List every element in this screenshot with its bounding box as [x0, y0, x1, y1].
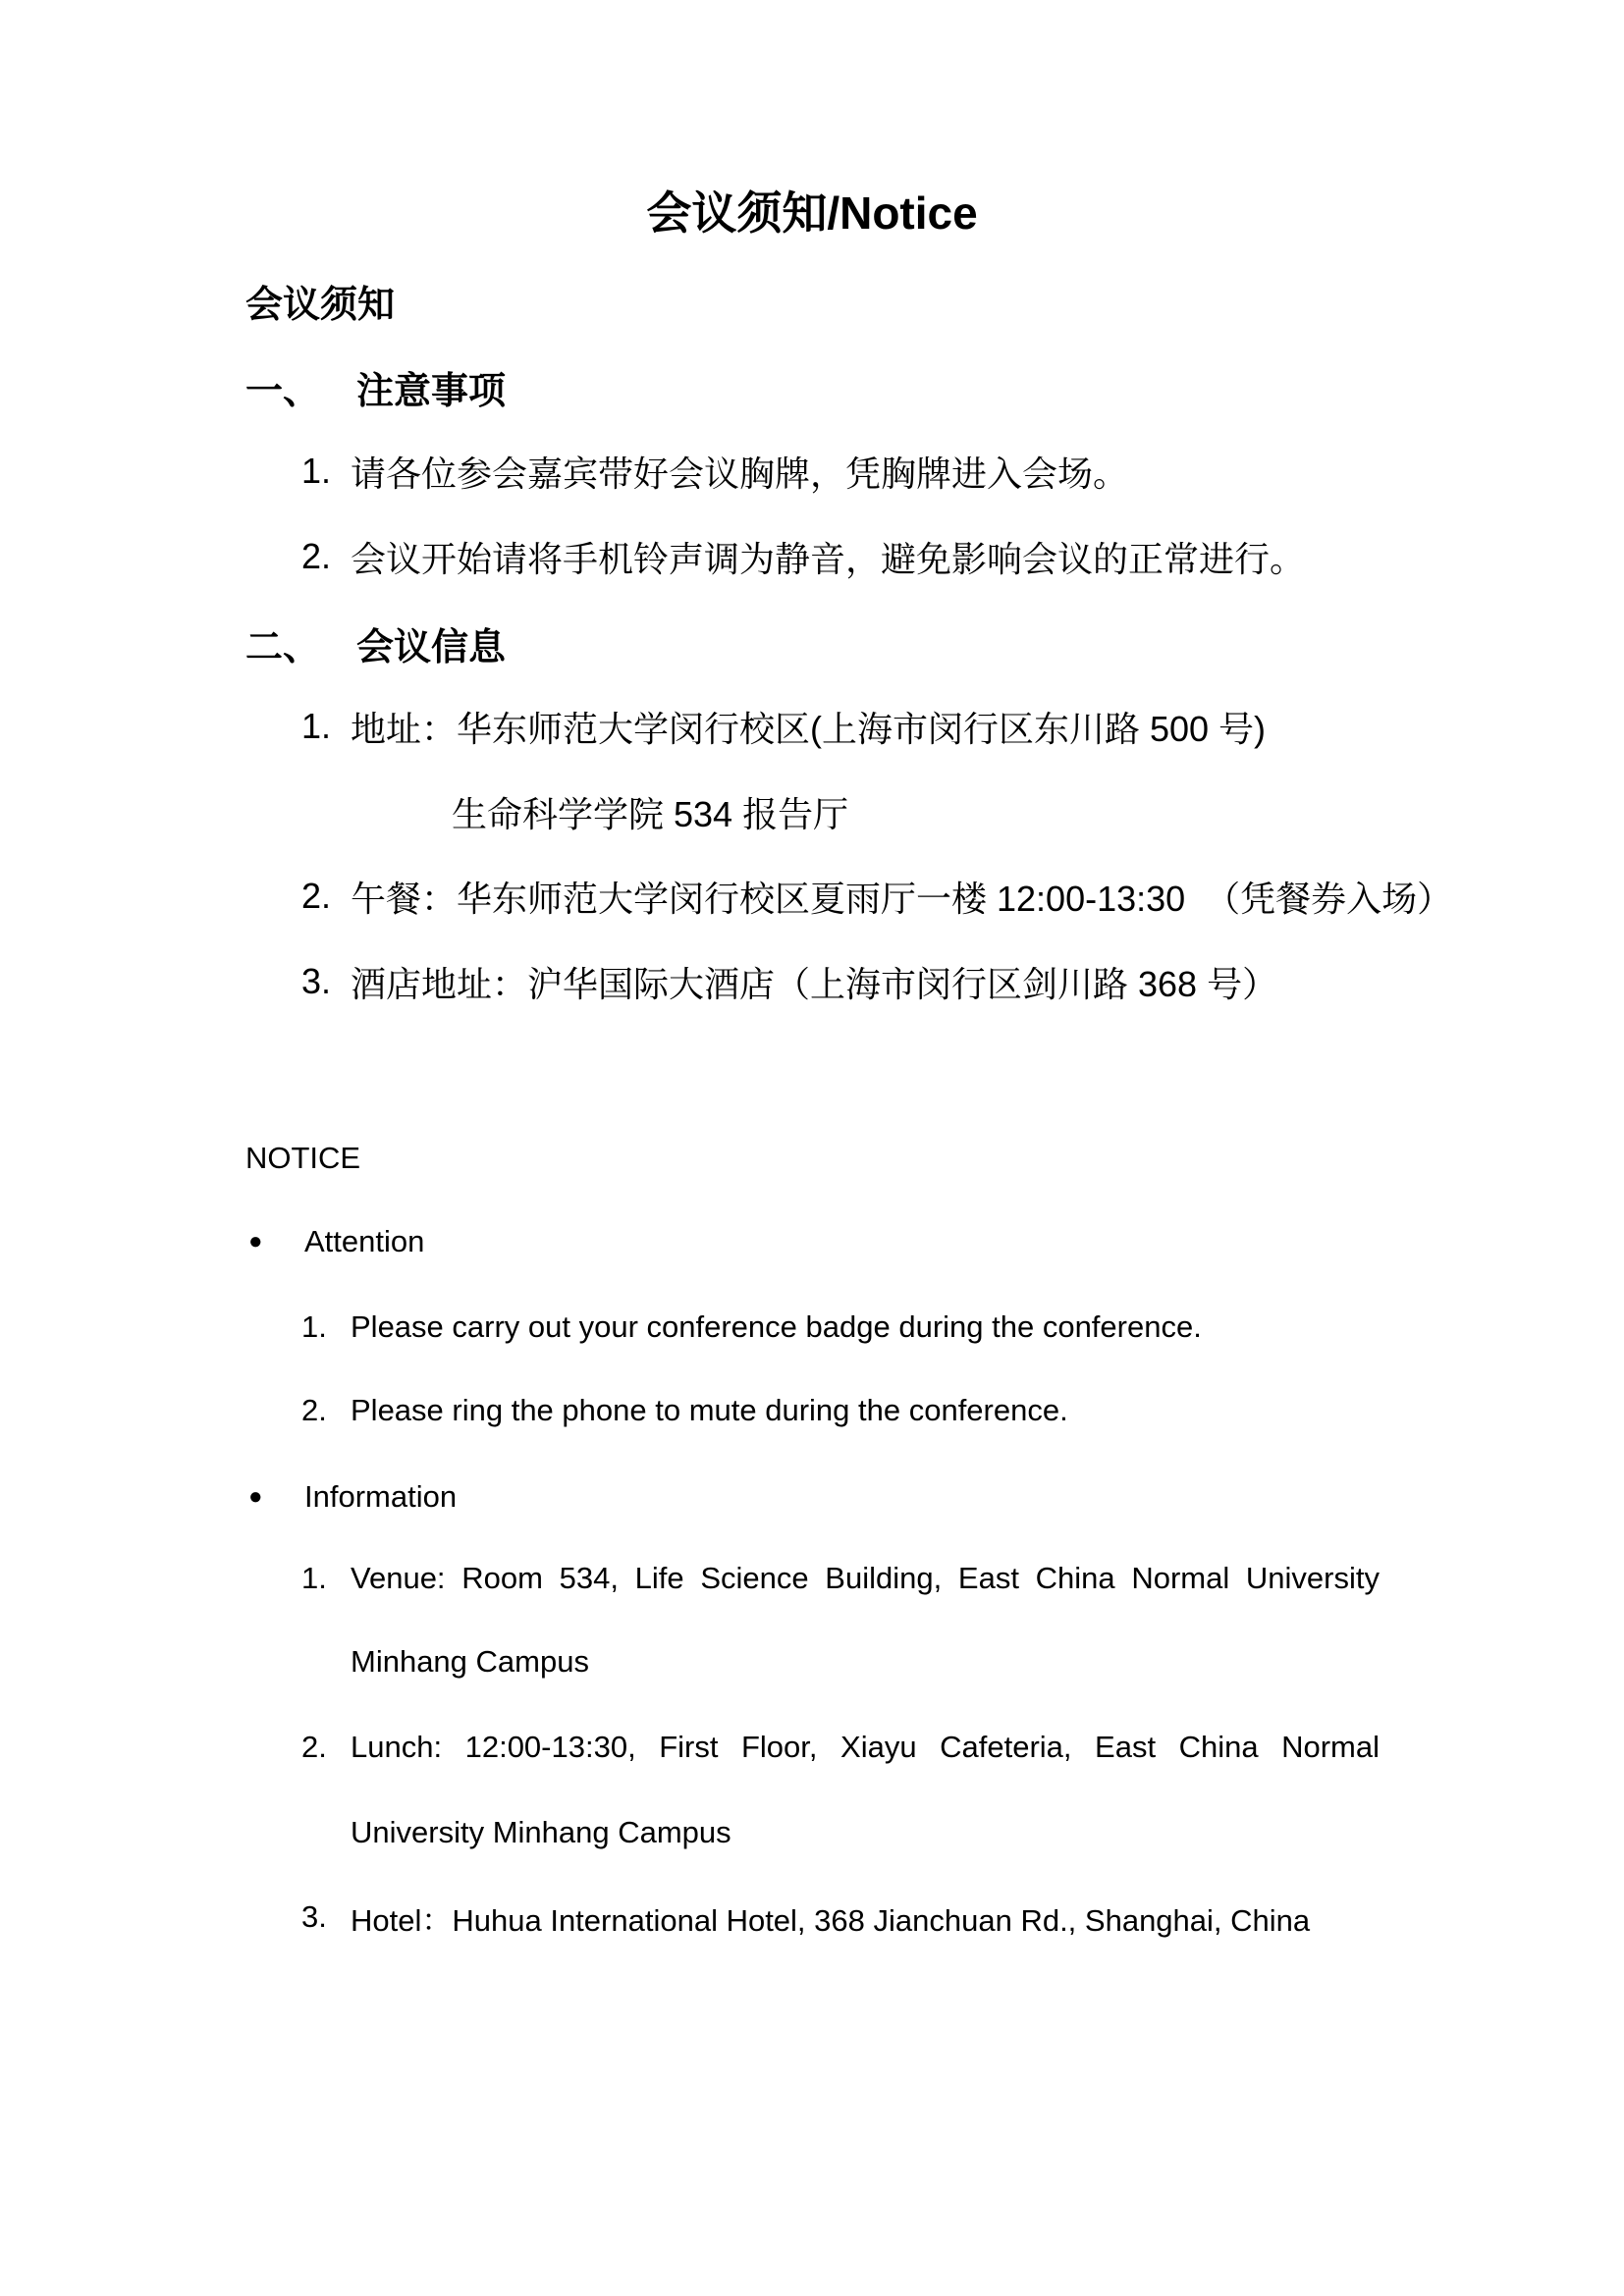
en-info-item-3-text: Hotel：Huhua International Hotel, 368 Jia…: [351, 1896, 1310, 1940]
cn-info-title: 会议信息: [356, 616, 506, 670]
cn-attention-heading: 一、 注意事项: [245, 359, 506, 414]
cn-info-item-1-number: 1.: [301, 706, 351, 747]
cn-info-marker: 二、: [245, 616, 356, 670]
en-info-item-1-line1: Venue: Room 534, Life Science Building, …: [351, 1561, 1380, 1596]
cn-attention-item-2-number: 2.: [301, 536, 351, 577]
en-attention-item-1-number: 1.: [301, 1309, 351, 1345]
en-info-item-2-number: 2.: [301, 1730, 351, 1765]
page-title-text: 会议须知/Notice: [646, 178, 977, 242]
en-attention-item-2-number: 2.: [301, 1393, 351, 1428]
en-info-heading: ● Information: [248, 1469, 457, 1524]
cn-attention-title: 注意事项: [356, 360, 506, 414]
cn-info-item-3-text: 酒店地址：沪华国际大酒店（上海市闵行区剑川路 368 号）: [351, 957, 1277, 1007]
en-info-title: Information: [304, 1479, 457, 1515]
bullet-icon: ●: [248, 1485, 304, 1509]
cn-attention-marker: 一、: [245, 360, 356, 414]
cn-info-item-1-line1: 地址：华东师范大学闵行校区(上海市闵行区东川路 500 号): [351, 702, 1266, 752]
en-attention-item-1: 1. Please carry out your conference badg…: [301, 1300, 1202, 1355]
cn-info-item-3-number: 3.: [301, 961, 351, 1002]
en-attention-item-1-text: Please carry out your conference badge d…: [351, 1309, 1202, 1345]
page-title: 会议须知/Notice: [0, 183, 1624, 238]
en-info-item-1-line2: Minhang Campus: [351, 1644, 589, 1680]
en-info-item-2-line1: Lunch: 12:00-13:30, First Floor, Xiayu C…: [351, 1730, 1380, 1765]
en-info-item-1-number: 1.: [301, 1561, 351, 1596]
cn-attention-item-1: 1. 请各位参会嘉宾带好会议胸牌，凭胸牌进入会场。: [301, 444, 1128, 499]
en-attention-item-2-text: Please ring the phone to mute during the…: [351, 1393, 1068, 1428]
cn-heading: 会议须知: [245, 273, 395, 328]
cn-info-item-2: 2. 午餐：华东师范大学闵行校区夏雨厅一楼 12:00-13:30 （凭餐券入场…: [301, 869, 1452, 924]
en-attention-title: Attention: [304, 1224, 424, 1259]
en-attention-item-2: 2. Please ring the phone to mute during …: [301, 1383, 1068, 1438]
cn-info-item-2-text: 午餐：华东师范大学闵行校区夏雨厅一楼 12:00-13:30 （凭餐券入场）: [351, 872, 1452, 922]
cn-attention-item-1-number: 1.: [301, 451, 351, 492]
cn-attention-item-2: 2. 会议开始请将手机铃声调为静音，避免影响会议的正常进行。: [301, 529, 1305, 584]
cn-attention-item-1-text: 请各位参会嘉宾带好会议胸牌，凭胸牌进入会场。: [351, 447, 1128, 497]
en-info-item-1: 1. Venue: Room 534, Life Science Buildin…: [301, 1551, 1380, 1606]
en-info-item-3-number: 3.: [301, 1899, 351, 1935]
en-info-item-2-continuation: University Minhang Campus: [351, 1805, 731, 1860]
en-heading: NOTICE: [245, 1131, 360, 1186]
en-info-item-2-line2: University Minhang Campus: [351, 1815, 731, 1850]
en-info-item-3: 3. Hotel：Huhua International Hotel, 368 …: [301, 1890, 1310, 1945]
cn-heading-text: 会议须知: [245, 274, 395, 328]
en-attention-heading: ● Attention: [248, 1214, 424, 1269]
en-heading-text: NOTICE: [245, 1141, 360, 1176]
cn-info-item-1-continuation: 生命科学学院 534 报告厅: [452, 784, 848, 839]
cn-info-item-1: 1. 地址：华东师范大学闵行校区(上海市闵行区东川路 500 号): [301, 699, 1266, 754]
cn-info-heading: 二、 会议信息: [245, 615, 506, 670]
cn-info-item-3: 3. 酒店地址：沪华国际大酒店（上海市闵行区剑川路 368 号）: [301, 954, 1277, 1009]
bullet-icon: ●: [248, 1230, 304, 1254]
en-info-item-1-continuation: Minhang Campus: [351, 1634, 589, 1689]
cn-info-item-1-line2: 生命科学学院 534 报告厅: [452, 787, 848, 837]
cn-info-item-2-number: 2.: [301, 876, 351, 917]
document-page: 会议须知/Notice 会议须知 一、 注意事项 1. 请各位参会嘉宾带好会议胸…: [0, 0, 1624, 2296]
en-info-item-2: 2. Lunch: 12:00-13:30, First Floor, Xiay…: [301, 1720, 1380, 1775]
cn-attention-item-2-text: 会议开始请将手机铃声调为静音，避免影响会议的正常进行。: [351, 532, 1305, 582]
